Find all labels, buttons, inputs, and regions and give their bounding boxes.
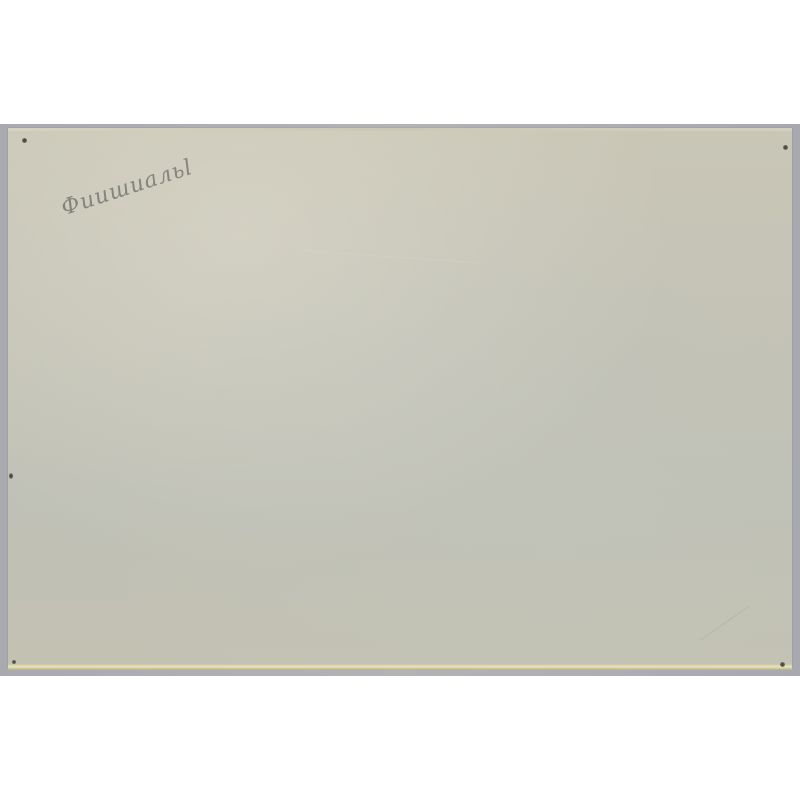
pinhole-icon bbox=[22, 138, 27, 143]
paper-sheet bbox=[8, 128, 792, 668]
paper-bottom-edge bbox=[8, 664, 792, 670]
pinhole-icon bbox=[9, 473, 13, 479]
pinhole-icon bbox=[780, 662, 785, 667]
pinhole-icon bbox=[12, 660, 16, 664]
photo-scene: Фиишиальl bbox=[0, 0, 800, 800]
paper-top-edge bbox=[8, 128, 792, 131]
pinhole-icon bbox=[783, 145, 788, 150]
